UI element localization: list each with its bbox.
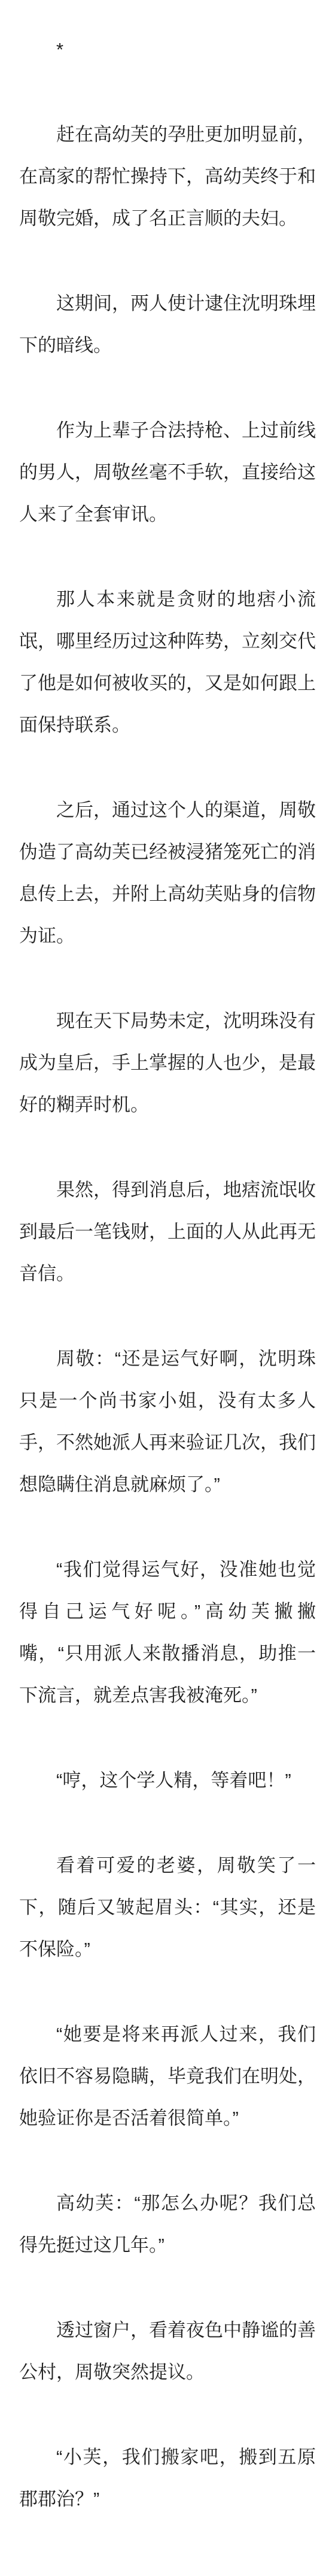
paragraph: 透过窗户，看着夜色中静谧的善公村，周敬突然提议。 — [19, 2309, 316, 2393]
paragraph: 这期间，两人使计逮住沈明珠埋下的暗线。 — [19, 283, 316, 367]
paragraph: 那人本来就是贪财的地痞小流氓，哪里经历过这种阵势，立刻交代了他是如何被收买的，又… — [19, 579, 316, 746]
paragraph: 高幼芙：“那怎么办呢？我们总得先挺过这几年。” — [19, 2183, 316, 2266]
paragraph: “哼，这个学人精，等着吧！” — [19, 1760, 316, 1802]
paragraph: 作为上辈子合法持枪、上过前线的男人，周敬丝毫不手软，直接给这人来了全套审讯。 — [19, 410, 316, 535]
chapter-text: *赶在高幼芙的孕肚更加明显前，在高家的帮忙操持下，高幼芙终于和周敬完婚，成了名正… — [19, 29, 316, 2520]
paragraph: 看着可爱的老婆，周敬笑了一下，随后又皱起眉头：“其实，还是不保险。” — [19, 1845, 316, 1970]
paragraph: 周敬：“还是运气好啊，沈明珠只是一个尚书家小姐，没有太多人手，不然她派人再来验证… — [19, 1338, 316, 1506]
paragraph: 之后，通过这个人的渠道，周敬伪造了高幼芙已经被浸猪笼死亡的消息传上去，并附上高幼… — [19, 789, 316, 957]
paragraph: “我们觉得运气好，没准她也觉得自己运气好呢。”高幼芙撇撇嘴，“只用派人来散播消息… — [19, 1549, 316, 1717]
reader-page[interactable]: *赶在高幼芙的孕肚更加明显前，在高家的帮忙操持下，高幼芙终于和周敬完婚，成了名正… — [0, 0, 335, 2576]
paragraph: 果然，得到消息后，地痞流氓收到最后一笔钱财，上面的人从此再无音信。 — [19, 1169, 316, 1295]
paragraph: 现在天下局势未定，沈明珠没有成为皇后，手上掌握的人也少，是最好的糊弄时机。 — [19, 1000, 316, 1126]
paragraph: “小芙，我们搬家吧，搬到五原郡郡治？” — [19, 2436, 316, 2520]
paragraph: “她要是将来再派人过来，我们依旧不容易隐瞒，毕竟我们在明处，她验证你是否活着很简… — [19, 2014, 316, 2139]
section-divider: * — [19, 29, 316, 71]
paragraph: 赶在高幼芙的孕肚更加明显前，在高家的帮忙操持下，高幼芙终于和周敬完婚，成了名正言… — [19, 114, 316, 240]
